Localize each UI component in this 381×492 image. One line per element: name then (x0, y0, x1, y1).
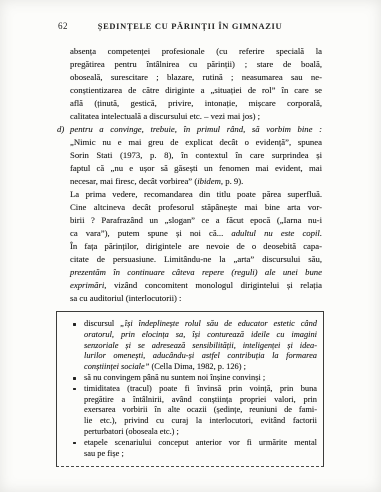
text: (Cella Dima, 1982, p. 126) ; (149, 362, 246, 371)
rules-box: discursul „își îndeplinește rolul său de… (56, 311, 324, 467)
text-line: pentru a convinge, trebuie, în primul râ… (70, 123, 322, 136)
text: sa cu auditoriul (interlocutorii) : (70, 293, 181, 303)
text-line: timiditatea (tracul) poate fi învinsă pr… (84, 384, 317, 395)
text: conștientizarea de către diriginte a „si… (70, 85, 322, 95)
text: faptul că „nu e ușor să găsești un fenom… (70, 163, 322, 173)
text-line: sa cu auditoriul (interlocutorii) : (70, 292, 322, 305)
text-line: citate de persuasiune. Limitându-ne la „… (70, 253, 322, 266)
paragraph: La prima vedere, recomandarea din titlu … (70, 188, 322, 305)
running-title: ȘEDINȚELE CU PĂRINȚII ÎN GIMNAZIU (61, 21, 320, 31)
text: să nu convingem până nu suntem noi înșin… (84, 373, 265, 382)
text-line: lurilor omenești, aducându-și astfel con… (84, 351, 317, 362)
text: calitatea intelectuală a discursului etc… (70, 111, 260, 121)
text-line: Cine altcineva decât profesorul stăpâneș… (70, 201, 322, 214)
page-header: 62 ȘEDINȚELE CU PĂRINȚII ÎN GIMNAZIU (58, 21, 322, 33)
text-line: absența competenței profesionale (cu ref… (70, 45, 322, 58)
text: La prima vedere, recomandarea din titlu … (70, 189, 322, 199)
italic-text: exprimări (70, 280, 104, 290)
text: absența competenței profesionale (cu ref… (70, 46, 322, 56)
bullet-item: etapele scenariului conceput anterior vo… (72, 438, 317, 460)
text-line: discursul „își îndeplinește rolul său de… (84, 319, 317, 330)
italic-text: ibidem (197, 176, 221, 186)
text: Cine altcineva decât profesorul stăpâneș… (70, 202, 322, 212)
text: lie etc.), privind cu curaj la interlocu… (84, 416, 317, 425)
text-line: exersarea vorbirii în alte ocazii (ședin… (84, 405, 317, 416)
text-line: necesar, mai firesc, decât vorbirea” (ib… (70, 175, 322, 188)
italic-text: adultul nu este copil. (231, 228, 322, 238)
body-text: absența competenței profesionale (cu ref… (70, 45, 322, 305)
bullet-marker-icon (73, 442, 76, 445)
text-line: faptul că „nu e ușor să găsești un fenom… (70, 162, 322, 175)
text-line: În fața părinților, dirigintele are nevo… (70, 240, 322, 253)
text-line: află (ținută, gestică, privire, intonați… (70, 97, 322, 110)
text-line: oratorul, prin elocința sa, își conturea… (84, 330, 317, 341)
text: „Nimic nu e mai greu de explicat decât o… (70, 137, 322, 147)
text: află (ținută, gestică, privire, intonați… (70, 98, 322, 108)
italic-text: oratorul, prin elocința sa, își conturea… (84, 330, 317, 339)
text: ca vara”), putem spune și noi că... (70, 228, 231, 238)
text: Sorin Stati (1973, p. 8), în contextul î… (70, 150, 322, 160)
italic-text: conștiinței sociale” (84, 362, 149, 371)
text-line: exprimări, vizând concomitent monologul … (70, 279, 322, 292)
text: , vizând concomitent monologul diriginte… (104, 280, 322, 290)
bullet-marker-icon (73, 377, 76, 380)
text: exersarea vorbirii în alte ocazii (ședin… (84, 405, 317, 414)
text: oboseală, surescitare ; blazare, rutină … (70, 72, 322, 82)
text-line: pregătire a întâlnirii, având conștiința… (84, 395, 317, 406)
text-line: perturbatori (oboseala etc.) ; (84, 427, 317, 438)
bullet-item: timiditatea (tracul) poate fi învinsă pr… (72, 384, 317, 438)
paragraph: d)pentru a convinge, trebuie, în primul … (70, 123, 322, 188)
bullet-item: să nu convingem până nu suntem noi înșin… (72, 373, 317, 384)
text: pregătirea pentru întâlnirea cu părinții… (70, 59, 322, 69)
text-line: birii ? Parafrazând un „slogan” ce a făc… (70, 214, 322, 227)
text-line: conștiinței sociale” (Cella Dima, 1982, … (84, 362, 317, 373)
item-label: d) (57, 123, 64, 136)
text-line: sau pe fișe ; (84, 449, 317, 460)
text-line: să nu convingem până nu suntem noi înșin… (84, 373, 317, 384)
text: discursul (84, 319, 120, 328)
text: necesar, mai firesc, decât vorbirea” ( (70, 176, 197, 186)
text: pregătire a întâlnirii, având conștiința… (84, 395, 317, 404)
italic-text: senzoriale și se adresează sensibilități… (84, 341, 317, 350)
italic-text: prezentăm în continuare câteva repere (r… (70, 267, 322, 277)
text: timiditatea (tracul) poate fi învinsă pr… (84, 384, 317, 393)
text: sau pe fișe ; (84, 449, 124, 458)
text: citate de persuasiune. Limitându-ne la „… (70, 254, 322, 264)
text-line: ca vara”), putem spune și noi că... adul… (70, 227, 322, 240)
text-line: prezentăm în continuare câteva repere (r… (70, 266, 322, 279)
text: În fața părinților, dirigintele are nevo… (70, 241, 322, 251)
text: etapele scenariului conceput anterior vo… (84, 438, 317, 447)
text-line: oboseală, surescitare ; blazare, rutină … (70, 71, 322, 84)
text-line: senzoriale și se adresează sensibilități… (84, 341, 317, 352)
text-line: Sorin Stati (1973, p. 8), în contextul î… (70, 149, 322, 162)
bullet-marker-icon (73, 323, 76, 326)
bullet-item: discursul „își îndeplinește rolul său de… (72, 319, 317, 373)
text-line: lie etc.), privind cu curaj la interlocu… (84, 416, 317, 427)
paragraph: absența competenței profesionale (cu ref… (70, 45, 322, 123)
italic-text: lurilor omenești, aducându-și astfel con… (84, 351, 317, 360)
text: birii ? Parafrazând un „slogan” ce a făc… (70, 215, 322, 225)
italic-text: „își îndeplinește rolul său de educator … (120, 319, 317, 328)
bullet-marker-icon (73, 388, 76, 391)
text: perturbatori (oboseala etc.) ; (84, 427, 179, 436)
text-line: „Nimic nu e mai greu de explicat decât o… (70, 136, 322, 149)
book-page: 62 ȘEDINȚELE CU PĂRINȚII ÎN GIMNAZIU abs… (0, 0, 381, 492)
text-line: La prima vedere, recomandarea din titlu … (70, 188, 322, 201)
italic-text: pentru a convinge, trebuie, în primul râ… (70, 124, 322, 134)
text-line: etapele scenariului conceput anterior vo… (84, 438, 317, 449)
text: , p. 9). (221, 176, 243, 186)
text-line: conștientizarea de către diriginte a „si… (70, 84, 322, 97)
text-line: pregătirea pentru întâlnirea cu părinții… (70, 58, 322, 71)
text-line: calitatea intelectuală a discursului etc… (70, 110, 322, 123)
